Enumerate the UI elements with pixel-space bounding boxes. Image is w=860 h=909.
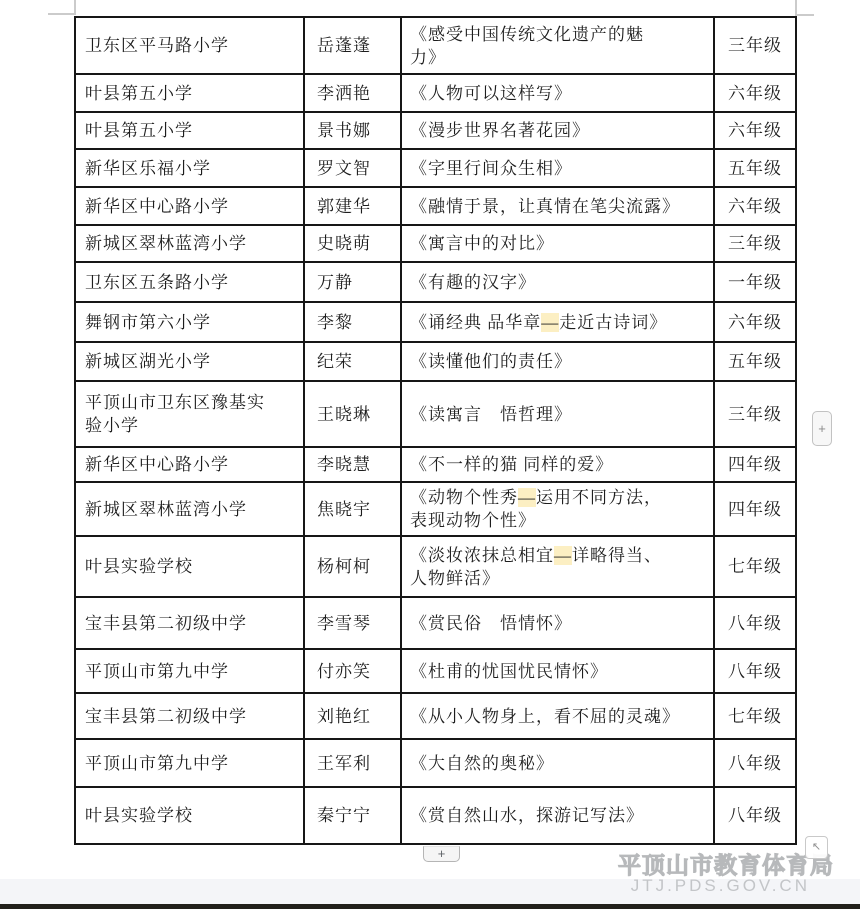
grade-cell[interactable]: 四年级 (714, 447, 796, 482)
title-text: 《人物可以这样写》 (410, 84, 572, 103)
grade-cell[interactable]: 六年级 (714, 302, 796, 342)
school-cell[interactable]: 平顶山市第九中学 (75, 739, 304, 787)
table-row: 平顶山市卫东区豫基实 验小学王晓琳《读寓言 悟哲理》三年级 (75, 381, 796, 447)
arrow-up-left-icon: ↖ (812, 840, 821, 853)
grade-cell[interactable]: 八年级 (714, 649, 796, 693)
title-cell[interactable]: 《人物可以这样写》 (401, 74, 714, 112)
name-cell[interactable]: 王军利 (304, 739, 401, 787)
title-text: 《诵经典 品华章 (410, 313, 541, 332)
table-row: 卫东区平马路小学岳蓬蓬《感受中国传统文化遗产的魅 力》三年级 (75, 17, 796, 74)
awards-table-body: 卫东区平马路小学岳蓬蓬《感受中国传统文化遗产的魅 力》三年级叶县第五小学李洒艳《… (75, 17, 796, 844)
title-cell[interactable]: 《漫步世界名著花园》 (401, 112, 714, 149)
title-text: 《赏民俗 悟情怀》 (410, 614, 572, 633)
name-cell[interactable]: 郭建华 (304, 187, 401, 225)
name-cell[interactable]: 李晓慧 (304, 447, 401, 482)
grade-cell[interactable]: 八年级 (714, 787, 796, 844)
grade-cell[interactable]: 五年级 (714, 342, 796, 381)
title-cell[interactable]: 《赏自然山水，探游记写法》 (401, 787, 714, 844)
highlighted-text: — (518, 488, 536, 507)
title-cell[interactable]: 《动物个性秀—运用不同方法， 表现动物个性》 (401, 482, 714, 536)
grade-cell[interactable]: 三年级 (714, 225, 796, 262)
title-text: 《读寓言 悟哲理》 (410, 405, 572, 424)
table-row: 平顶山市第九中学王军利《大自然的奥秘》八年级 (75, 739, 796, 787)
name-cell[interactable]: 史晓萌 (304, 225, 401, 262)
school-cell[interactable]: 新城区翠林蓝湾小学 (75, 482, 304, 536)
name-cell[interactable]: 李雪琴 (304, 597, 401, 649)
highlighted-text: — (554, 546, 572, 565)
table-row: 新城区翠林蓝湾小学史晓萌《寓言中的对比》三年级 (75, 225, 796, 262)
grade-cell[interactable]: 三年级 (714, 381, 796, 447)
title-cell[interactable]: 《杜甫的忧国忧民情怀》 (401, 649, 714, 693)
title-cell[interactable]: 《感受中国传统文化遗产的魅 力》 (401, 17, 714, 74)
title-text: 《杜甫的忧国忧民情怀》 (410, 662, 608, 681)
school-cell[interactable]: 宝丰县第二初级中学 (75, 693, 304, 739)
title-text: 《感受中国传统文化遗产的魅 力》 (410, 25, 644, 67)
name-cell[interactable]: 李洒艳 (304, 74, 401, 112)
grade-cell[interactable]: 六年级 (714, 74, 796, 112)
name-cell[interactable]: 景书娜 (304, 112, 401, 149)
name-cell[interactable]: 付亦笑 (304, 649, 401, 693)
table-row: 新华区乐福小学罗文智《字里行间众生相》五年级 (75, 149, 796, 187)
name-cell[interactable]: 纪荣 (304, 342, 401, 381)
title-text: 《漫步世界名著花园》 (410, 121, 590, 140)
grade-cell[interactable]: 七年级 (714, 536, 796, 597)
page-footer-edge (0, 904, 860, 909)
table-continuation-mark-right (795, 0, 814, 16)
title-cell[interactable]: 《淡妆浓抹总相宜—详略得当、 人物鲜活》 (401, 536, 714, 597)
title-cell[interactable]: 《融情于景，让真情在笔尖流露》 (401, 187, 714, 225)
grade-cell[interactable]: 六年级 (714, 112, 796, 149)
table-row: 新华区中心路小学李晓慧《不一样的猫 同样的爱》四年级 (75, 447, 796, 482)
title-text: 《读懂他们的责任》 (410, 352, 572, 371)
school-cell[interactable]: 新华区中心路小学 (75, 187, 304, 225)
table-continuation-mark-left (48, 0, 76, 15)
school-cell[interactable]: 新城区翠林蓝湾小学 (75, 225, 304, 262)
title-cell[interactable]: 《不一样的猫 同样的爱》 (401, 447, 714, 482)
table-row: 叶县第五小学景书娜《漫步世界名著花园》六年级 (75, 112, 796, 149)
table-row: 卫东区五条路小学万静《有趣的汉字》一年级 (75, 262, 796, 302)
school-cell[interactable]: 宝丰县第二初级中学 (75, 597, 304, 649)
title-cell[interactable]: 《大自然的奥秘》 (401, 739, 714, 787)
title-text: 《融情于景，让真情在笔尖流露》 (410, 197, 680, 216)
table-row: 舞钢市第六小学李黎《诵经典 品华章—走近古诗词》六年级 (75, 302, 796, 342)
title-cell[interactable]: 《从小人物身上，看不屈的灵魂》 (401, 693, 714, 739)
name-cell[interactable]: 岳蓬蓬 (304, 17, 401, 74)
title-text: 《动物个性秀 (410, 488, 518, 507)
title-text: 《淡妆浓抹总相宜 (410, 546, 554, 565)
table-row: 叶县第五小学李洒艳《人物可以这样写》六年级 (75, 74, 796, 112)
title-cell[interactable]: 《寓言中的对比》 (401, 225, 714, 262)
title-text: 《字里行间众生相》 (410, 159, 572, 178)
name-cell[interactable]: 李黎 (304, 302, 401, 342)
title-text: 《不一样的猫 同样的爱》 (410, 455, 613, 474)
name-cell[interactable]: 杨柯柯 (304, 536, 401, 597)
add-column-button[interactable]: + (812, 411, 832, 446)
grade-cell[interactable]: 一年级 (714, 262, 796, 302)
school-cell[interactable]: 叶县第五小学 (75, 74, 304, 112)
title-text: 《有趣的汉字》 (410, 273, 536, 292)
school-cell[interactable]: 平顶山市第九中学 (75, 649, 304, 693)
title-text: 《大自然的奥秘》 (410, 754, 554, 773)
table-row: 宝丰县第二初级中学李雪琴《赏民俗 悟情怀》八年级 (75, 597, 796, 649)
grade-cell[interactable]: 六年级 (714, 187, 796, 225)
school-cell[interactable]: 新华区中心路小学 (75, 447, 304, 482)
title-cell[interactable]: 《读懂他们的责任》 (401, 342, 714, 381)
table-row: 新华区中心路小学郭建华《融情于景，让真情在笔尖流露》六年级 (75, 187, 796, 225)
title-cell[interactable]: 《有趣的汉字》 (401, 262, 714, 302)
table-row: 宝丰县第二初级中学刘艳红《从小人物身上，看不屈的灵魂》七年级 (75, 693, 796, 739)
awards-table: 卫东区平马路小学岳蓬蓬《感受中国传统文化遗产的魅 力》三年级叶县第五小学李洒艳《… (74, 16, 797, 845)
add-row-button[interactable]: + (423, 846, 460, 862)
name-cell[interactable]: 焦晓宇 (304, 482, 401, 536)
school-cell[interactable]: 卫东区五条路小学 (75, 262, 304, 302)
title-text: 《赏自然山水，探游记写法》 (410, 806, 644, 825)
name-cell[interactable]: 王晓琳 (304, 381, 401, 447)
watermark-site: JTJ.PDS.GOV.CN (631, 876, 810, 896)
grade-cell[interactable]: 五年级 (714, 149, 796, 187)
table-row: 平顶山市第九中学付亦笑《杜甫的忧国忧民情怀》八年级 (75, 649, 796, 693)
name-cell[interactable]: 罗文智 (304, 149, 401, 187)
grade-cell[interactable]: 八年级 (714, 739, 796, 787)
school-cell[interactable]: 卫东区平马路小学 (75, 17, 304, 74)
school-cell[interactable]: 叶县第五小学 (75, 112, 304, 149)
school-cell[interactable]: 新华区乐福小学 (75, 149, 304, 187)
table-row: 新城区湖光小学纪荣《读懂他们的责任》五年级 (75, 342, 796, 381)
title-text: 走近古诗词》 (559, 313, 667, 332)
school-cell[interactable]: 新城区湖光小学 (75, 342, 304, 381)
title-cell[interactable]: 《赏民俗 悟情怀》 (401, 597, 714, 649)
table-row: 叶县实验学校杨柯柯《淡妆浓抹总相宜—详略得当、 人物鲜活》七年级 (75, 536, 796, 597)
school-cell[interactable]: 平顶山市卫东区豫基实 验小学 (75, 381, 304, 447)
school-cell[interactable]: 叶县实验学校 (75, 536, 304, 597)
expand-handle[interactable]: ↖ (805, 836, 828, 859)
title-text: 《从小人物身上，看不屈的灵魂》 (410, 707, 680, 726)
grade-cell[interactable]: 三年级 (714, 17, 796, 74)
name-cell[interactable]: 万静 (304, 262, 401, 302)
grade-cell[interactable]: 八年级 (714, 597, 796, 649)
name-cell[interactable]: 秦宁宁 (304, 787, 401, 844)
title-text: 《寓言中的对比》 (410, 234, 554, 253)
title-cell[interactable]: 《字里行间众生相》 (401, 149, 714, 187)
grade-cell[interactable]: 七年级 (714, 693, 796, 739)
name-cell[interactable]: 刘艳红 (304, 693, 401, 739)
grade-cell[interactable]: 四年级 (714, 482, 796, 536)
highlighted-text: — (541, 313, 559, 332)
table-row: 新城区翠林蓝湾小学焦晓宇《动物个性秀—运用不同方法， 表现动物个性》四年级 (75, 482, 796, 536)
table-row: 叶县实验学校秦宁宁《赏自然山水，探游记写法》八年级 (75, 787, 796, 844)
title-cell[interactable]: 《读寓言 悟哲理》 (401, 381, 714, 447)
school-cell[interactable]: 舞钢市第六小学 (75, 302, 304, 342)
title-cell[interactable]: 《诵经典 品华章—走近古诗词》 (401, 302, 714, 342)
school-cell[interactable]: 叶县实验学校 (75, 787, 304, 844)
